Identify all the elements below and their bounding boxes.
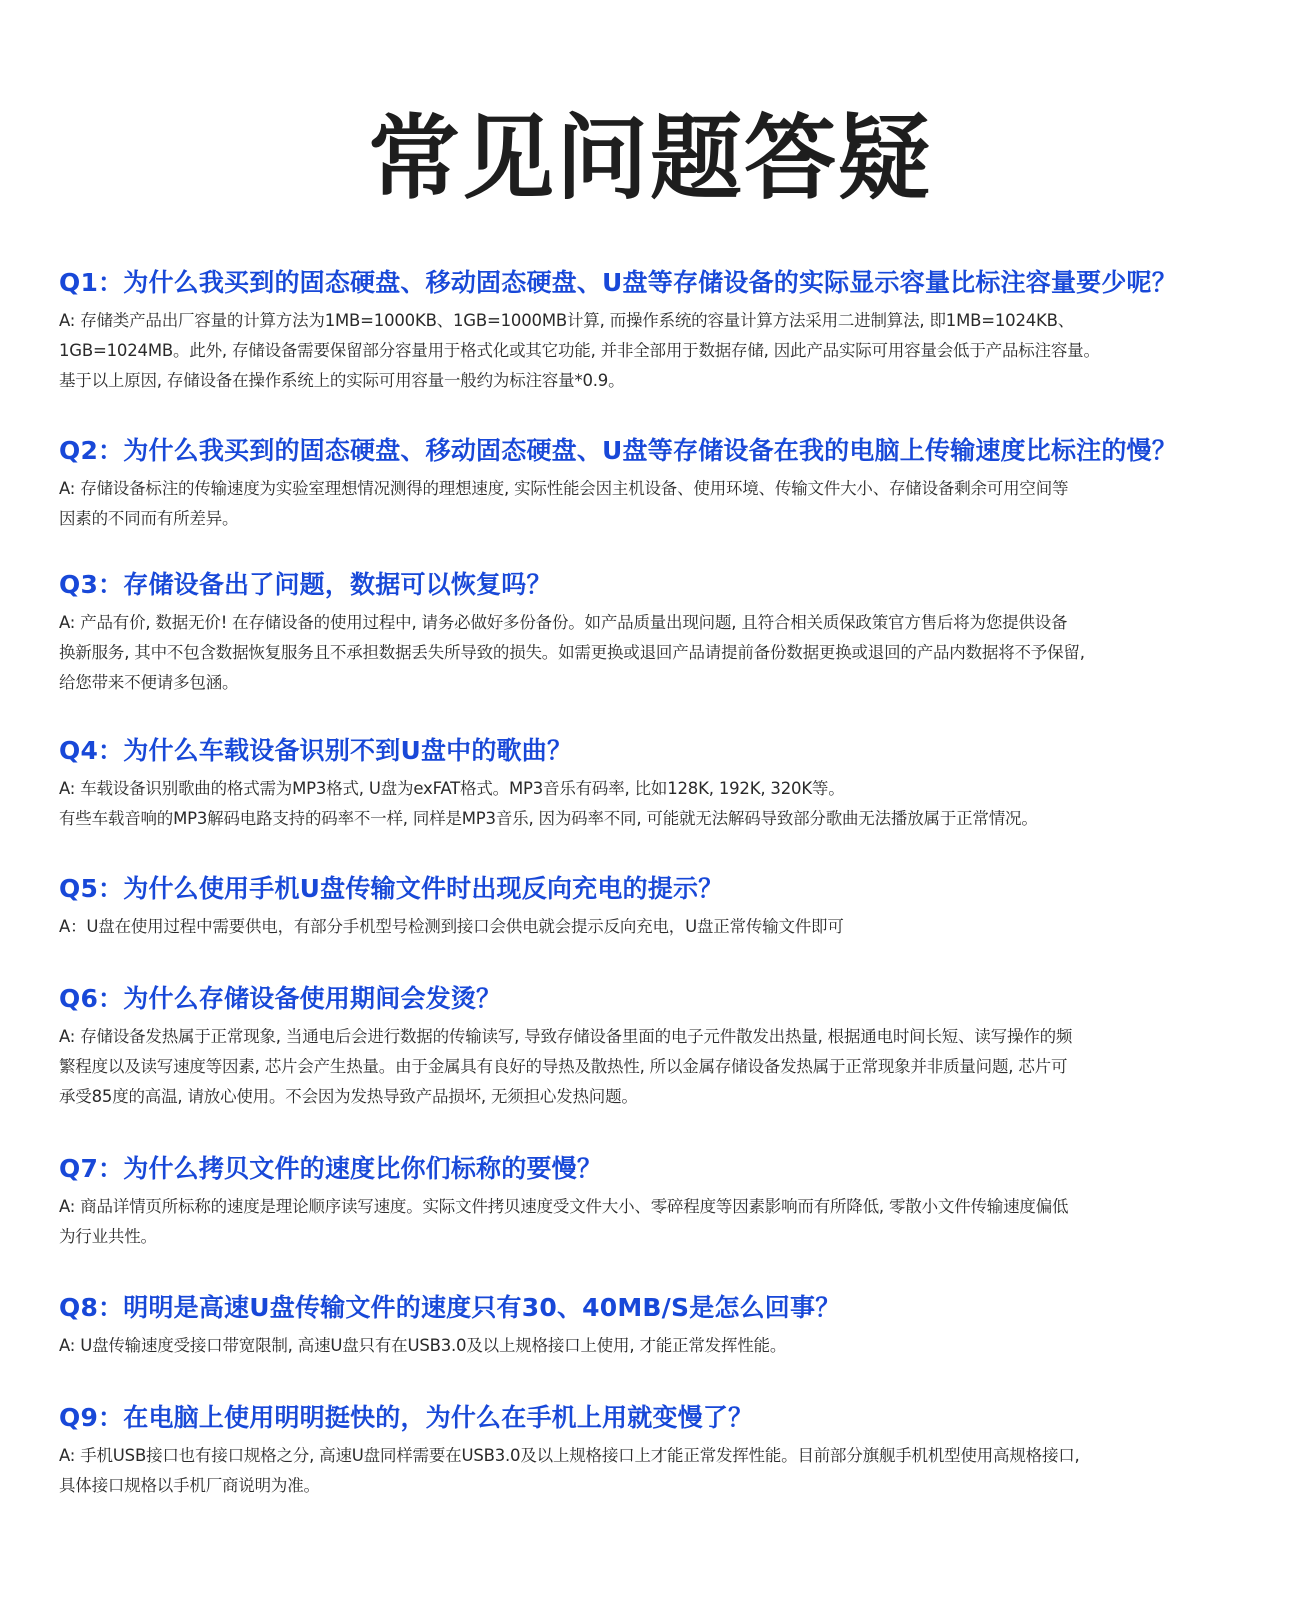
answer-line: 繁程度以及读写速度等因素, 芯片会产生热量。由于金属具有良好的导热及散热性, 所…: [59, 1052, 1249, 1082]
faq-answer: A: 手机USB接口也有接口规格之分, 高速U盘同样需要在USB3.0及以上规格…: [59, 1441, 1249, 1501]
faq-question: Q9：在电脑上使用明明挺快的，为什么在手机上用就变慢了？: [59, 1401, 1249, 1435]
answer-line: 有些车载音响的MP3解码电路支持的码率不一样, 同样是MP3音乐, 因为码率不同…: [59, 804, 1249, 834]
answer-line: A: 商品详情页所标称的速度是理论顺序读写速度。实际文件拷贝速度受文件大小、零碎…: [59, 1192, 1249, 1222]
faq-item-q2: Q2：为什么我买到的固态硬盘、移动固态硬盘、U盘等存储设备在我的电脑上传输速度比…: [59, 434, 1249, 534]
faq-question: Q2：为什么我买到的固态硬盘、移动固态硬盘、U盘等存储设备在我的电脑上传输速度比…: [59, 434, 1249, 468]
faq-item-q5: Q5：为什么使用手机U盘传输文件时出现反向充电的提示？ A：U盘在使用过程中需要…: [59, 872, 1249, 942]
answer-line: A: U盘传输速度受接口带宽限制, 高速U盘只有在USB3.0及以上规格接口上使…: [59, 1331, 1249, 1361]
answer-line: A: 手机USB接口也有接口规格之分, 高速U盘同样需要在USB3.0及以上规格…: [59, 1441, 1249, 1471]
answer-line: 1GB=1024MB。此外, 存储设备需要保留部分容量用于格式化或其它功能, 并…: [59, 336, 1249, 366]
answer-line: 承受85度的高温, 请放心使用。不会因为发热导致产品损坏, 无须担心发热问题。: [59, 1082, 1249, 1112]
faq-answer: A: 存储设备发热属于正常现象, 当通电后会进行数据的传输读写, 导致存储设备里…: [59, 1022, 1249, 1112]
faq-answer: A：U盘在使用过程中需要供电，有部分手机型号检测到接口会供电就会提示反向充电，U…: [59, 912, 1249, 942]
faq-item-q6: Q6：为什么存储设备使用期间会发烫？ A: 存储设备发热属于正常现象, 当通电后…: [59, 982, 1249, 1112]
faq-question: Q1：为什么我买到的固态硬盘、移动固态硬盘、U盘等存储设备的实际显示容量比标注容…: [59, 266, 1249, 300]
faq-question: Q4：为什么车载设备识别不到U盘中的歌曲？: [59, 734, 1249, 768]
faq-answer: A: 产品有价, 数据无价! 在存储设备的使用过程中, 请务必做好多份备份。如产…: [59, 608, 1249, 698]
faq-item-q8: Q8：明明是高速U盘传输文件的速度只有30、40MB/S是怎么回事？ A: U盘…: [59, 1291, 1249, 1361]
faq-question: Q6：为什么存储设备使用期间会发烫？: [59, 982, 1249, 1016]
faq-item-q9: Q9：在电脑上使用明明挺快的，为什么在手机上用就变慢了？ A: 手机USB接口也…: [59, 1401, 1249, 1501]
answer-line: 具体接口规格以手机厂商说明为准。: [59, 1471, 1249, 1501]
answer-line: 换新服务, 其中不包含数据恢复服务且不承担数据丢失所导致的损失。如需更换或退回产…: [59, 638, 1249, 668]
answer-line: A: 产品有价, 数据无价! 在存储设备的使用过程中, 请务必做好多份备份。如产…: [59, 608, 1249, 638]
faq-item-q7: Q7：为什么拷贝文件的速度比你们标称的要慢？ A: 商品详情页所标称的速度是理论…: [59, 1152, 1249, 1252]
faq-answer: A: 商品详情页所标称的速度是理论顺序读写速度。实际文件拷贝速度受文件大小、零碎…: [59, 1192, 1249, 1252]
faq-answer: A: 存储设备标注的传输速度为实验室理想情况测得的理想速度, 实际性能会因主机设…: [59, 474, 1249, 534]
answer-line: A：U盘在使用过程中需要供电，有部分手机型号检测到接口会供电就会提示反向充电，U…: [59, 912, 1249, 942]
faq-question: Q8：明明是高速U盘传输文件的速度只有30、40MB/S是怎么回事？: [59, 1291, 1249, 1325]
faq-answer: A: 存储类产品出厂容量的计算方法为1MB=1000KB、1GB=1000MB计…: [59, 306, 1249, 396]
answer-line: 因素的不同而有所差异。: [59, 504, 1249, 534]
faq-answer: A: 车载设备识别歌曲的格式需为MP3格式, U盘为exFAT格式。MP3音乐有…: [59, 774, 1249, 834]
faq-item-q1: Q1：为什么我买到的固态硬盘、移动固态硬盘、U盘等存储设备的实际显示容量比标注容…: [59, 266, 1249, 396]
faq-question: Q7：为什么拷贝文件的速度比你们标称的要慢？: [59, 1152, 1249, 1186]
faq-answer: A: U盘传输速度受接口带宽限制, 高速U盘只有在USB3.0及以上规格接口上使…: [59, 1331, 1249, 1361]
answer-line: A: 车载设备识别歌曲的格式需为MP3格式, U盘为exFAT格式。MP3音乐有…: [59, 774, 1249, 804]
answer-line: 给您带来不便请多包涵。: [59, 668, 1249, 698]
answer-line: 为行业共性。: [59, 1222, 1249, 1252]
page-title: 常见问题答疑: [0, 104, 1300, 214]
faq-item-q4: Q4：为什么车载设备识别不到U盘中的歌曲？ A: 车载设备识别歌曲的格式需为MP…: [59, 734, 1249, 834]
answer-line: 基于以上原因, 存储设备在操作系统上的实际可用容量一般约为标注容量*0.9。: [59, 366, 1249, 396]
answer-line: A: 存储类产品出厂容量的计算方法为1MB=1000KB、1GB=1000MB计…: [59, 306, 1249, 336]
answer-line: A: 存储设备标注的传输速度为实验室理想情况测得的理想速度, 实际性能会因主机设…: [59, 474, 1249, 504]
faq-item-q3: Q3：存储设备出了问题，数据可以恢复吗？ A: 产品有价, 数据无价! 在存储设…: [59, 568, 1249, 698]
faq-question: Q3：存储设备出了问题，数据可以恢复吗？: [59, 568, 1249, 602]
faq-question: Q5：为什么使用手机U盘传输文件时出现反向充电的提示？: [59, 872, 1249, 906]
answer-line: A: 存储设备发热属于正常现象, 当通电后会进行数据的传输读写, 导致存储设备里…: [59, 1022, 1249, 1052]
